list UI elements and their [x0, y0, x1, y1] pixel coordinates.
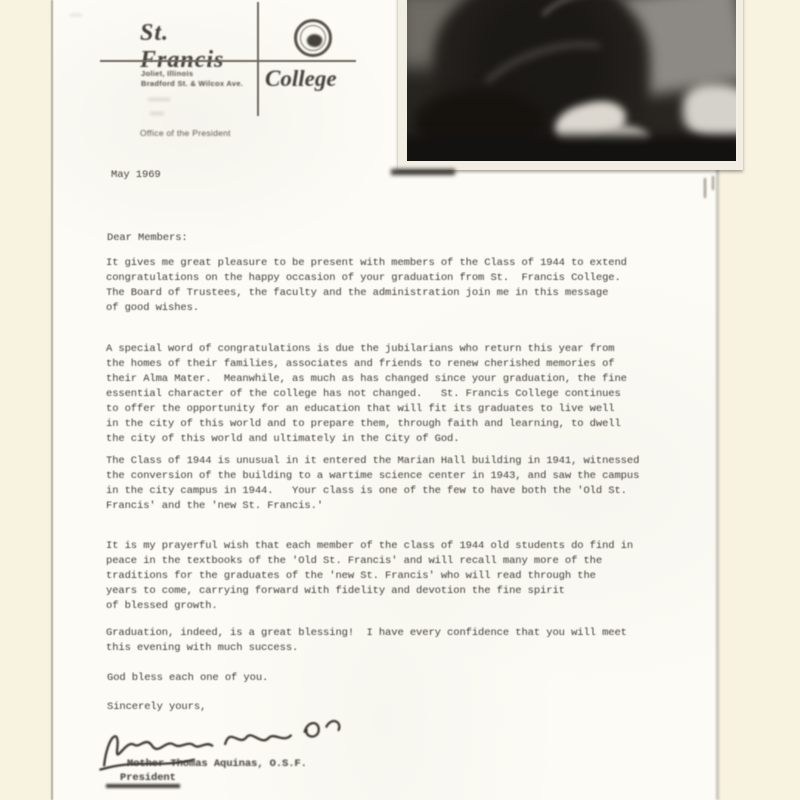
- letterhead-rule: [100, 60, 356, 62]
- text-line: of blessed growth.: [106, 599, 633, 614]
- text-line: to offer the opportunity for an educatio…: [106, 402, 627, 417]
- text-line: in the city of this world and to prepare…: [106, 417, 627, 432]
- page-left-edge: [51, 0, 53, 800]
- scan-mark: [712, 176, 714, 190]
- text-line: peace in the textbooks of the 'Old St. F…: [106, 554, 633, 569]
- letterhead-office-line: Office of the President: [140, 128, 231, 138]
- text-line: their Alma Mater. Meanwhile, as much as …: [106, 372, 627, 387]
- text-line: It gives me great pleasure to be present…: [106, 256, 627, 271]
- text-line: The Board of Trustees, the faculty and t…: [106, 286, 627, 301]
- letter-paragraph: It gives me great pleasure to be present…: [106, 256, 627, 316]
- address-line-1: Joliet, Illinois: [141, 69, 243, 79]
- letter-paragraph: It is my prayerful wish that each member…: [106, 539, 633, 614]
- text-line: traditions for the graduates of the 'new…: [106, 569, 633, 584]
- text-line: It is my prayerful wish that each member…: [106, 539, 633, 554]
- scan-smudge: [150, 112, 164, 115]
- college-seal-icon: [294, 19, 332, 57]
- letterhead-school-name-2: College: [265, 66, 365, 92]
- text-line: A special word of congratulations is due…: [106, 342, 627, 357]
- text-line: the conversion of the building to a wart…: [106, 469, 639, 484]
- letterhead-school-name: St. Francis: [140, 20, 260, 74]
- scanned-letter-page: St. Francis Joliet, Illinois Bradford St…: [0, 0, 800, 800]
- text-line: this evening with much success.: [106, 641, 627, 656]
- title-underline-artifact: [106, 784, 180, 788]
- photo-desk-shape: [407, 135, 736, 161]
- scan-mark: [704, 178, 706, 198]
- text-line: Francis' and the 'new St. Francis.': [106, 499, 639, 514]
- photo-bottom-shadow: [391, 169, 455, 175]
- portrait-photo-image: [407, 0, 736, 161]
- letter-closing-line: God bless each one of you.: [107, 671, 268, 686]
- text-line: of good wishes.: [106, 301, 627, 316]
- text-line: The Class of 1944 is unusual in it enter…: [106, 454, 639, 469]
- scan-smudge: [148, 98, 170, 101]
- letter-salutation: Dear Members:: [107, 231, 188, 246]
- text-line: in the city campus in 1944. Your class i…: [106, 484, 639, 499]
- letter-paragraph: Graduation, indeed, is a great blessing!…: [106, 626, 627, 656]
- text-line: the homes of their families, associates …: [106, 357, 627, 372]
- photo-paper-shape: [683, 84, 736, 140]
- address-line-2: Bradford St. & Wilcox Ave.: [141, 79, 243, 89]
- text-line: Graduation, indeed, is a great blessing!…: [106, 626, 627, 641]
- text-line: essential character of the college has n…: [106, 387, 627, 402]
- letterhead-divider-line: [257, 2, 259, 116]
- letterhead-address: Joliet, Illinois Bradford St. & Wilcox A…: [141, 69, 243, 89]
- portrait-photo: [398, 0, 743, 170]
- letter-paragraph: The Class of 1944 is unusual in it enter…: [106, 454, 639, 514]
- text-line: congratulations on the happy occasion of…: [106, 271, 627, 286]
- letter-valediction: Sincerely yours,: [107, 700, 206, 715]
- signature-typed-name: Mother Thomas Aquinas, O.S.F.: [127, 757, 307, 772]
- letter-paragraph: A special word of congratulations is due…: [106, 342, 627, 447]
- text-line: years to come, carrying forward with fid…: [106, 584, 633, 599]
- text-line: the city of this world and ultimately in…: [106, 432, 627, 447]
- letter-date: May 1969: [111, 168, 161, 183]
- scan-smudge: [70, 14, 82, 16]
